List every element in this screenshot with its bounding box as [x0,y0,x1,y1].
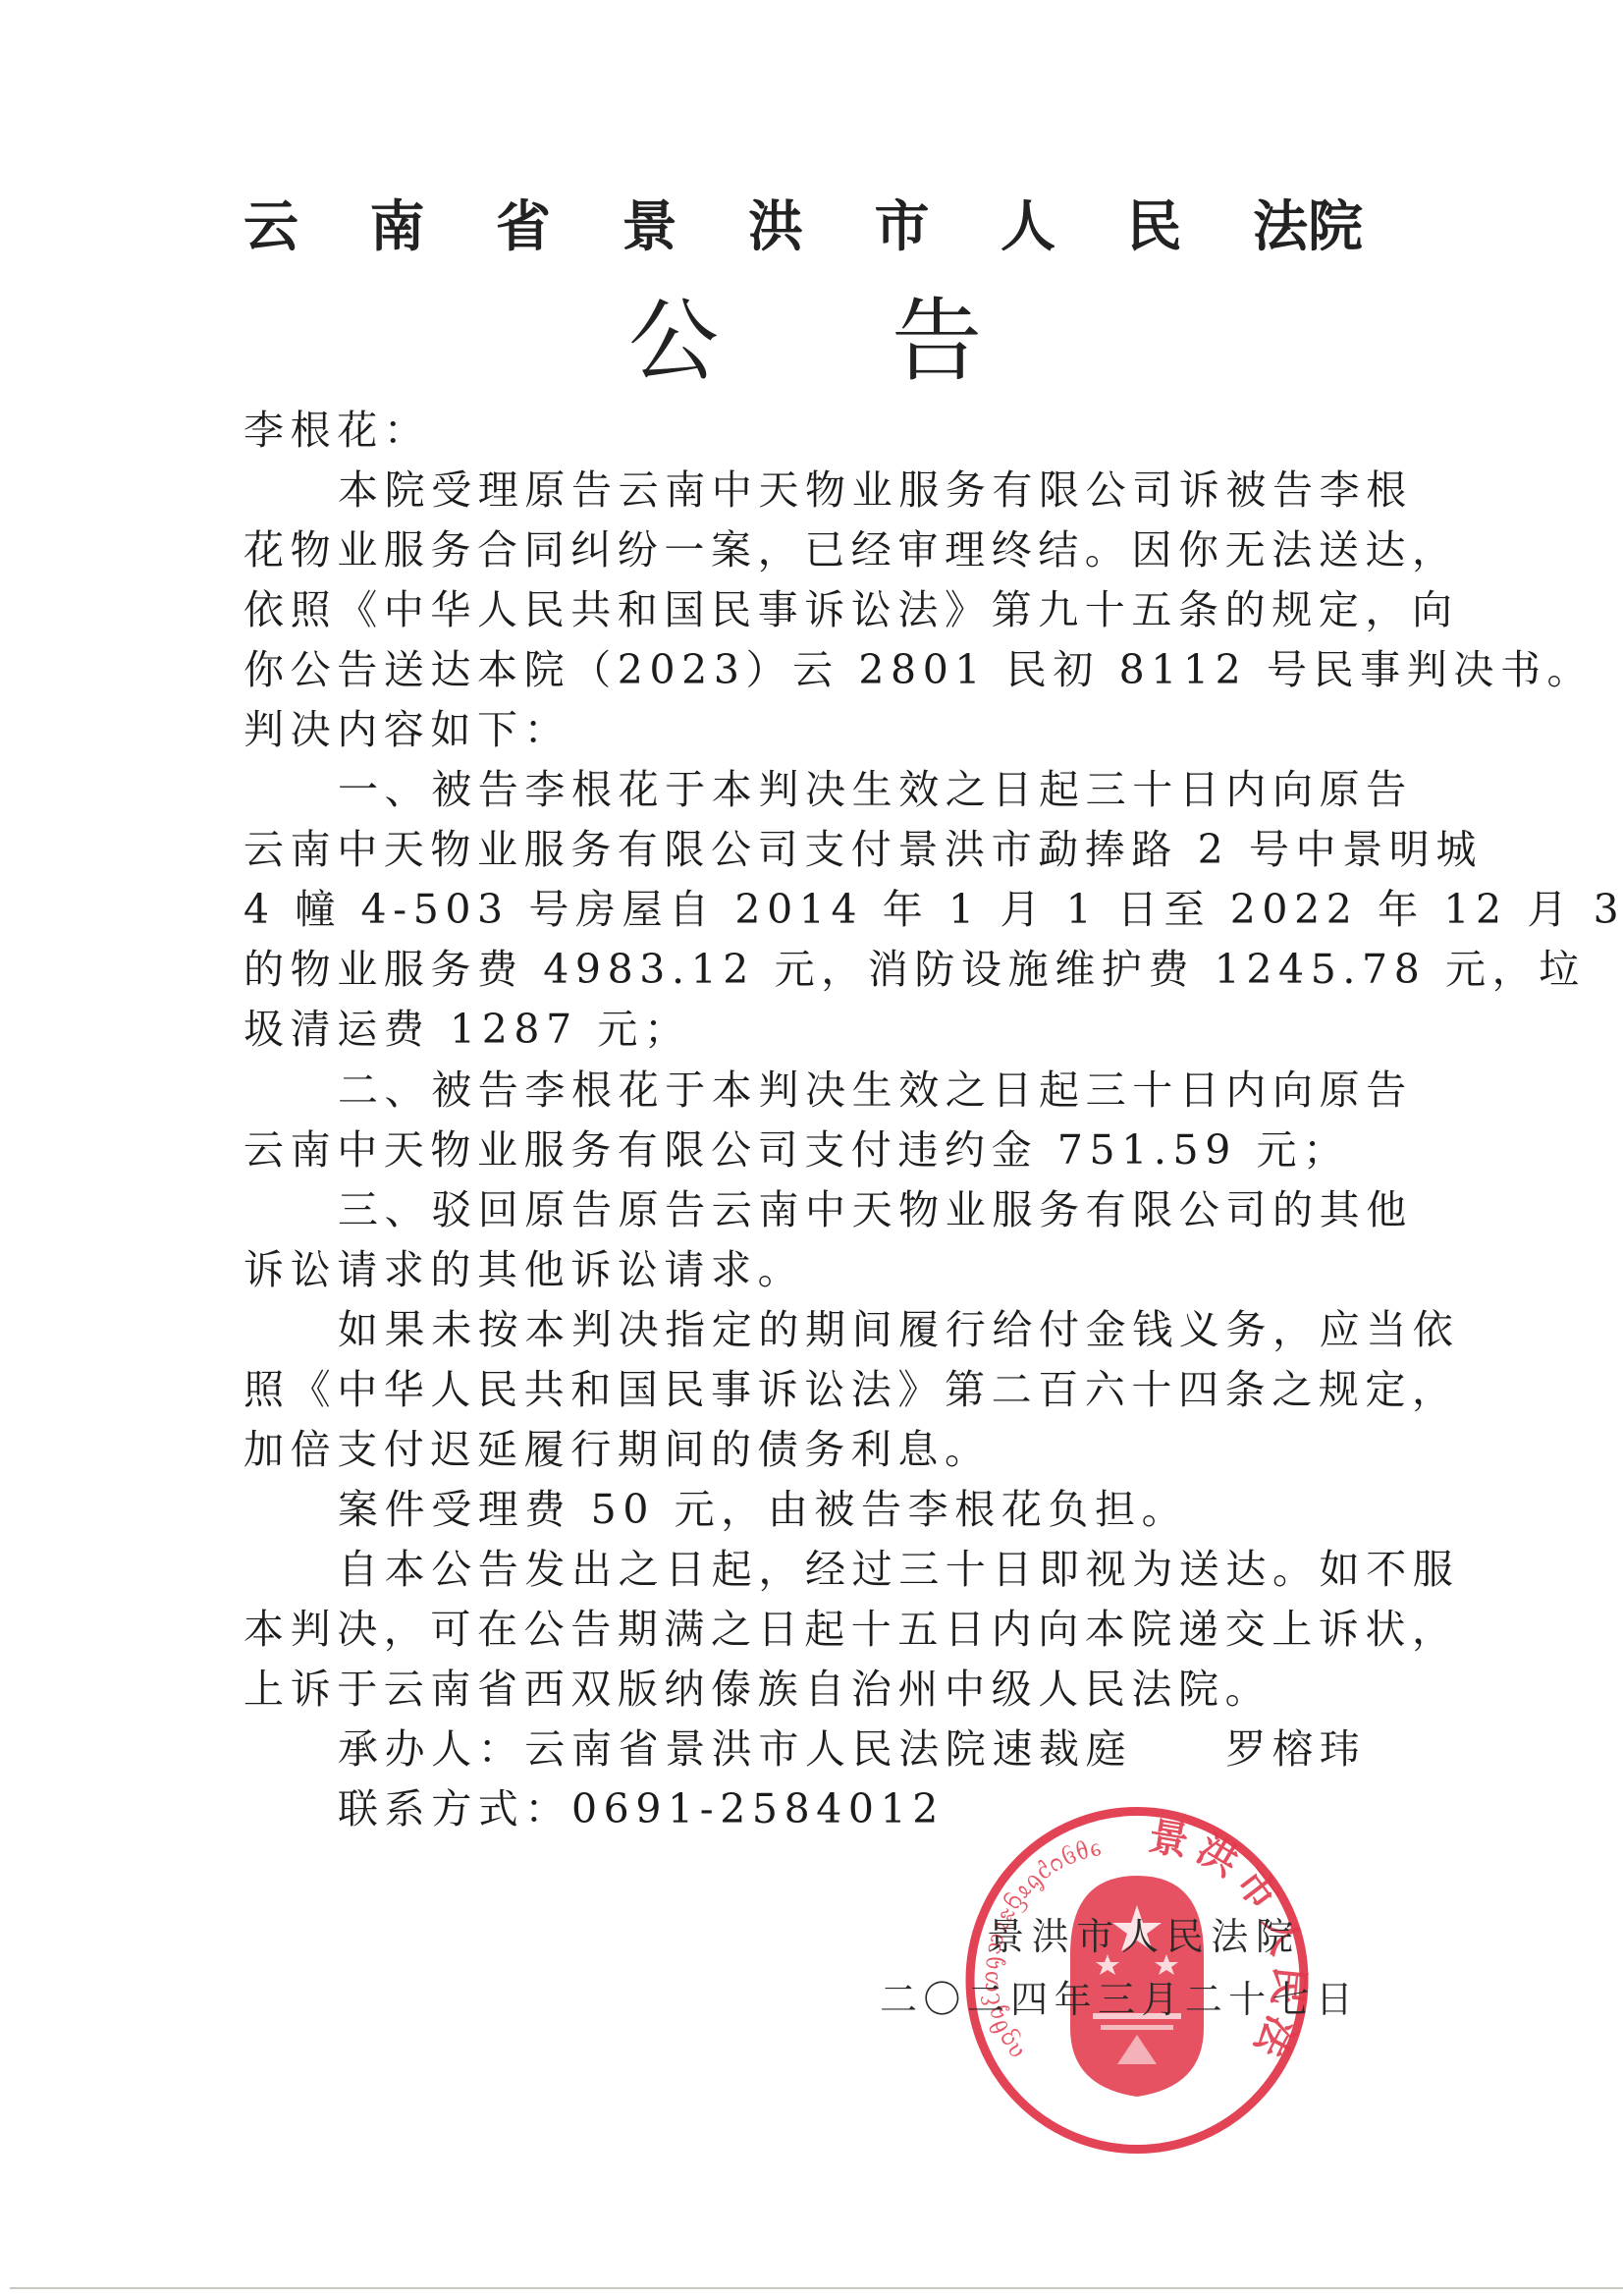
body-line: 4 幢 4-503 号房屋自 2014 年 1 月 1 日至 2022 年 12… [243,880,1375,940]
judgment-item-3: 三、驳回原告原告云南中天物业服务有限公司的其他 [243,1180,1375,1240]
body-line: 判决内容如下： [243,700,1375,760]
date-char: 月 [1141,1969,1178,2023]
addressee: 李根花： [243,401,1375,461]
signature-char: 法 [1211,1906,1248,1960]
body-line: 本院受理原告云南中天物业服务有限公司诉被告李根 [243,461,1375,520]
issue-date: 二 〇 二 四 年 三 月 二 十 七 日 [880,1974,1353,2017]
body-line: 圾清运费 1287 元； [243,1000,1375,1060]
date-char: 三 [1098,1969,1135,2023]
body-line: 你公告送达本院（2023）云 2801 民初 8112 号民事判决书。 [243,640,1375,700]
contact-line: 联系方式：0691-2584012 [243,1779,1375,1839]
body-line: 诉讼请求的其他诉讼请求。 [243,1240,1375,1300]
body-line: 依照《中华人民共和国民事诉讼法》第九十五条的规定，向 [243,580,1375,640]
court-name-char: 景 [622,184,677,262]
doc-type-char: 公 [628,269,719,399]
date-char: 四 [1010,1969,1048,2023]
document-type-heading: 公 告 [628,280,982,388]
body-line: 花物业服务合同纠纷一案，已经审理终结。因你无法送达， [243,520,1375,580]
doc-type-char: 告 [892,269,982,399]
handler-line: 承办人：云南省景洪市人民法院速裁庭 罗榕玮 [243,1720,1375,1779]
body-line: 如果未按本判决指定的期间履行给付金钱义务，应当依 [243,1300,1375,1360]
document-page: 云 南 省 景 洪 市 人 民 法院 公 告 李根花： 本院受理原告云南中天物业… [0,0,1623,2296]
notice-body: 李根花： 本院受理原告云南中天物业服务有限公司诉被告李根 花物业服务合同纠纷一案… [243,401,1375,1839]
court-name-char: 洪 [748,184,803,262]
body-line: 加倍支付迟延履行期间的债务利息。 [243,1420,1375,1480]
court-name-char: 民 [1127,184,1182,262]
court-name-char: 云 [243,184,298,262]
court-name-heading: 云 南 省 景 洪 市 人 民 法院 [243,189,1363,257]
date-char: 七 [1272,1969,1310,2023]
signature-char: 民 [1166,1906,1204,1960]
scan-edge-divider [10,2287,1623,2289]
body-line: 照《中华人民共和国民事诉讼法》第二百六十四条之规定， [243,1360,1375,1420]
body-line: 上诉于云南省西双版纳傣族自治州中级人民法院。 [243,1660,1375,1720]
court-name-char: 人 [1001,184,1055,262]
signature-char: 院 [1256,1906,1293,1960]
date-char: 年 [1055,1969,1092,2023]
case-fee-line: 案件受理费 50 元，由被告李根花负担。 [243,1480,1375,1540]
signature-char: 洪 [1032,1906,1069,1960]
date-char: 二 [967,1969,1004,2023]
date-char: 〇 [923,1969,960,2023]
judgment-item-2: 二、被告李根花于本判决生效之日起三十日内向原告 [243,1061,1375,1121]
signature-char: 市 [1076,1906,1113,1960]
date-char: 二 [1185,1969,1222,2023]
body-line: 云南中天物业服务有限公司支付违约金 751.59 元； [243,1121,1375,1180]
court-signature: 景 洪 市 人 民 法 院 [987,1911,1293,1954]
signature-char: 人 [1121,1906,1159,1960]
court-name-char: 市 [875,184,930,262]
date-char: 日 [1316,1969,1353,2023]
body-line: 云南中天物业服务有限公司支付景洪市勐捧路 2 号中景明城 [243,820,1375,880]
judgment-item-1: 一、被告李根花于本判决生效之日起三十日内向原告 [243,760,1375,820]
court-name-char: 南 [370,184,425,262]
date-char: 二 [880,1969,917,2023]
date-char: 十 [1228,1969,1266,2023]
body-line: 自本公告发出之日起，经过三十日即视为送达。如不服 [243,1540,1375,1600]
signature-char: 景 [987,1906,1024,1960]
court-name-char: 省 [496,184,551,262]
body-line: 的物业服务费 4983.12 元，消防设施维护费 1245.78 元，垃 [243,940,1375,1000]
body-line: 本判决，可在公告期满之日起十五日内向本院递交上诉状， [243,1600,1375,1660]
court-name-char: 法院 [1253,184,1363,262]
